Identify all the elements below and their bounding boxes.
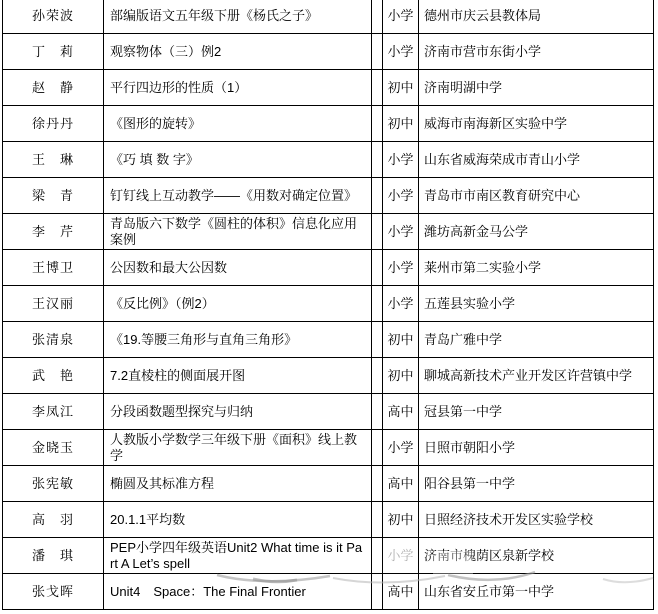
school-level-cell: 初中 xyxy=(383,70,419,106)
table-row: 王汉丽 《反比例》（例2） 小学 五莲县实验小学 xyxy=(3,286,654,322)
awards-table: 孙荣波 部编版语文五年级下册《杨氏之子》 小学 德州市庆云县教体局 丁 莉 观察… xyxy=(2,0,654,610)
school-level-cell: 初中 xyxy=(383,322,419,358)
table-row: 丁 莉 观察物体（三）例2 小学 济南市营市东街小学 xyxy=(3,34,654,70)
empty-spacer-cell xyxy=(372,214,383,250)
school-name-cell: 济南市槐荫区泉新学校 xyxy=(419,538,654,574)
school-level-cell: 高中 xyxy=(383,574,419,610)
table-row: 王 琳 《巧 填 数 字》 小学 山东省威海荣成市青山小学 xyxy=(3,142,654,178)
lesson-title-cell: 20.1.1平均数 xyxy=(104,502,372,538)
teacher-name-cell: 丁 莉 xyxy=(3,34,104,70)
lesson-title-cell: 平行四边形的性质（1） xyxy=(104,70,372,106)
school-level-cell: 小学 xyxy=(383,214,419,250)
school-name-cell: 威海市南海新区实验中学 xyxy=(419,106,654,142)
empty-spacer-cell xyxy=(372,286,383,322)
empty-spacer-cell xyxy=(372,0,383,34)
table-row: 赵 静 平行四边形的性质（1） 初中 济南明湖中学 xyxy=(3,70,654,106)
table-row: 高 羽 20.1.1平均数 初中 日照经济技术开发区实验学校 xyxy=(3,502,654,538)
table-row: 孙荣波 部编版语文五年级下册《杨氏之子》 小学 德州市庆云县教体局 xyxy=(3,0,654,34)
school-name-cell: 日照经济技术开发区实验学校 xyxy=(419,502,654,538)
school-level-cell: 小学 xyxy=(383,286,419,322)
table-row: 张宪敏 椭圆及其标准方程 高中 阳谷县第一中学 xyxy=(3,466,654,502)
school-name-cell: 青岛广雅中学 xyxy=(419,322,654,358)
lesson-title-cell: 分段函数题型探究与归纳 xyxy=(104,394,372,430)
teacher-name-cell: 王博卫 xyxy=(3,250,104,286)
school-name-cell: 阳谷县第一中学 xyxy=(419,466,654,502)
lesson-title-cell: Unit4 Space：The Final Frontier xyxy=(104,574,372,610)
teacher-name-cell: 高 羽 xyxy=(3,502,104,538)
teacher-name-cell: 武 艳 xyxy=(3,358,104,394)
table-row: 张清泉 《19.等腰三角形与直角三角形》 初中 青岛广雅中学 xyxy=(3,322,654,358)
table-row: 梁 青 钉钉线上互动教学——《用数对确定位置》 小学 青岛市市南区教育研究中心 xyxy=(3,178,654,214)
lesson-title-cell: 青岛版六下数学《圆柱的体积》信息化应用案例 xyxy=(104,214,372,250)
school-level-cell: 小学 xyxy=(383,250,419,286)
empty-spacer-cell xyxy=(372,34,383,70)
school-level-cell: 小学 xyxy=(383,0,419,34)
table-row: 王博卫 公因数和最大公因数 小学 莱州市第二实验小学 xyxy=(3,250,654,286)
school-level-cell: 小学 xyxy=(383,142,419,178)
lesson-title-cell: 椭圆及其标准方程 xyxy=(104,466,372,502)
teacher-name-cell: 李凤江 xyxy=(3,394,104,430)
school-name-cell: 莱州市第二实验小学 xyxy=(419,250,654,286)
empty-spacer-cell xyxy=(372,250,383,286)
teacher-name-cell: 张宪敏 xyxy=(3,466,104,502)
table-row: 李凤江 分段函数题型探究与归纳 高中 冠县第一中学 xyxy=(3,394,654,430)
school-level-cell: 小学 xyxy=(383,538,419,574)
lesson-title-cell: 部编版语文五年级下册《杨氏之子》 xyxy=(104,0,372,34)
school-level-cell: 小学 xyxy=(383,430,419,466)
school-name-cell: 青岛市市南区教育研究中心 xyxy=(419,178,654,214)
empty-spacer-cell xyxy=(372,358,383,394)
empty-spacer-cell xyxy=(372,538,383,574)
lesson-title-cell: 《巧 填 数 字》 xyxy=(104,142,372,178)
school-name-cell: 日照市朝阳小学 xyxy=(419,430,654,466)
school-level-cell: 初中 xyxy=(383,106,419,142)
document-page: 孙荣波 部编版语文五年级下册《杨氏之子》 小学 德州市庆云县教体局 丁 莉 观察… xyxy=(0,0,658,614)
table-row: 徐丹丹 《图形的旋转》 初中 威海市南海新区实验中学 xyxy=(3,106,654,142)
lesson-title-cell: 《图形的旋转》 xyxy=(104,106,372,142)
empty-spacer-cell xyxy=(372,430,383,466)
lesson-title-cell: 人教版小学数学三年级下册《面积》线上教学 xyxy=(104,430,372,466)
teacher-name-cell: 梁 青 xyxy=(3,178,104,214)
empty-spacer-cell xyxy=(372,142,383,178)
lesson-title-cell: 7.2直棱柱的侧面展开图 xyxy=(104,358,372,394)
school-level-cell: 小学 xyxy=(383,178,419,214)
teacher-name-cell: 王汉丽 xyxy=(3,286,104,322)
teacher-name-cell: 李 芹 xyxy=(3,214,104,250)
teacher-name-cell: 赵 静 xyxy=(3,70,104,106)
table-row: 潘 琪 PEP小学四年级英语Unit2 What time is it Part… xyxy=(3,538,654,574)
empty-spacer-cell xyxy=(372,70,383,106)
lesson-title-cell: 公因数和最大公因数 xyxy=(104,250,372,286)
empty-spacer-cell xyxy=(372,502,383,538)
school-name-cell: 德州市庆云县教体局 xyxy=(419,0,654,34)
school-name-cell: 潍坊高新金马公学 xyxy=(419,214,654,250)
empty-spacer-cell xyxy=(372,466,383,502)
school-name-cell: 冠县第一中学 xyxy=(419,394,654,430)
teacher-name-cell: 徐丹丹 xyxy=(3,106,104,142)
teacher-name-cell: 潘 琪 xyxy=(3,538,104,574)
school-name-cell: 济南市营市东街小学 xyxy=(419,34,654,70)
table-row: 武 艳 7.2直棱柱的侧面展开图 初中 聊城高新技术产业开发区许营镇中学 xyxy=(3,358,654,394)
school-level-cell: 高中 xyxy=(383,394,419,430)
lesson-title-cell: 观察物体（三）例2 xyxy=(104,34,372,70)
lesson-title-cell: 《反比例》（例2） xyxy=(104,286,372,322)
school-level-cell: 初中 xyxy=(383,358,419,394)
school-name-cell: 济南明湖中学 xyxy=(419,70,654,106)
lesson-title-cell: 《19.等腰三角形与直角三角形》 xyxy=(104,322,372,358)
empty-spacer-cell xyxy=(372,106,383,142)
table-row: 张戈晖 Unit4 Space：The Final Frontier 高中 山东… xyxy=(3,574,654,610)
school-name-cell: 五莲县实验小学 xyxy=(419,286,654,322)
teacher-name-cell: 孙荣波 xyxy=(3,0,104,34)
empty-spacer-cell xyxy=(372,574,383,610)
empty-spacer-cell xyxy=(372,178,383,214)
teacher-name-cell: 张戈晖 xyxy=(3,574,104,610)
empty-spacer-cell xyxy=(372,322,383,358)
empty-spacer-cell xyxy=(372,394,383,430)
school-level-cell: 初中 xyxy=(383,502,419,538)
teacher-name-cell: 王 琳 xyxy=(3,142,104,178)
school-name-cell: 聊城高新技术产业开发区许营镇中学 xyxy=(419,358,654,394)
school-level-cell: 小学 xyxy=(383,34,419,70)
school-level-cell: 高中 xyxy=(383,466,419,502)
table-row: 金晓玉 人教版小学数学三年级下册《面积》线上教学 小学 日照市朝阳小学 xyxy=(3,430,654,466)
teacher-name-cell: 张清泉 xyxy=(3,322,104,358)
school-name-cell: 山东省安丘市第一中学 xyxy=(419,574,654,610)
school-name-cell: 山东省威海荣成市青山小学 xyxy=(419,142,654,178)
table-row: 李 芹 青岛版六下数学《圆柱的体积》信息化应用案例 小学 潍坊高新金马公学 xyxy=(3,214,654,250)
teacher-name-cell: 金晓玉 xyxy=(3,430,104,466)
lesson-title-cell: 钉钉线上互动教学——《用数对确定位置》 xyxy=(104,178,372,214)
lesson-title-cell: PEP小学四年级英语Unit2 What time is it Part A L… xyxy=(104,538,372,574)
